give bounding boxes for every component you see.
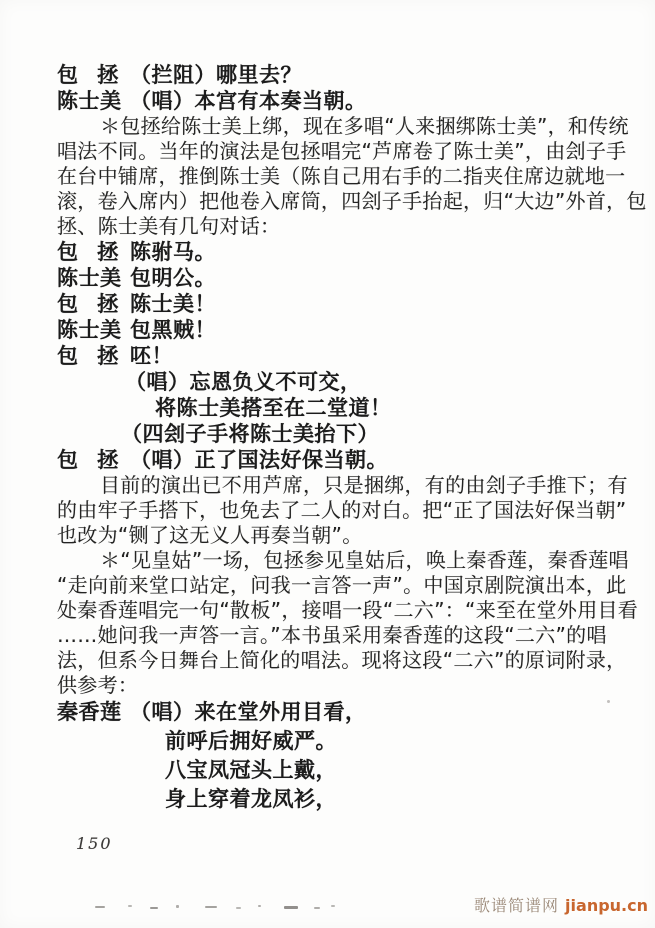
line-text: （唱）正了国法好保当朝。 <box>130 448 388 472</box>
text-line: 前呼后拥好威严。 <box>57 727 621 756</box>
speaker-name: 包 拯 <box>57 239 119 265</box>
page-number: 150 <box>76 834 113 853</box>
text-line: 滚，卷入席内）把他卷入席筒，四刽子手抬起，归“大边”外首，包 <box>57 189 621 214</box>
text-line: 法，但系今日舞台上简化的唱法。现将这段“二六”的原词附录， <box>57 648 621 673</box>
book-page: 包 拯（拦阻）哪里去？陈士美（唱）本宫有本奏当朝。＊包拯给陈士美上绑，现在多唱“… <box>0 0 655 928</box>
text-line: 陈士美包黑贼！ <box>57 317 621 343</box>
text-line: （唱）忘恩负义不可交， <box>57 369 621 395</box>
scan-artifact <box>236 907 241 909</box>
scan-artifact <box>205 906 217 908</box>
speaker-name: 秦香莲 <box>57 698 119 727</box>
line-text: （唱）来在堂外用目看， <box>130 700 367 724</box>
scan-artifact <box>150 907 158 909</box>
text-line: 陈士美包明公。 <box>57 265 621 291</box>
scan-artifact <box>284 906 298 909</box>
scan-artifact <box>314 907 320 909</box>
text-line: 包 拯陈士美！ <box>57 291 621 317</box>
scan-artifact <box>95 906 105 908</box>
text-line: 身上穿着龙凤衫， <box>57 785 621 814</box>
speaker-name: 陈士美 <box>57 265 119 291</box>
scan-artifact <box>331 905 335 907</box>
text-line: 秦香莲（唱）来在堂外用目看， <box>57 698 621 727</box>
text-line: ＊“见皇姑”一场，包拯参见皇姑后，唤上秦香莲，秦香莲唱 <box>57 548 621 573</box>
line-text: （唱）本宫有本奏当朝。 <box>130 89 367 113</box>
speaker-name: 陈士美 <box>57 88 119 114</box>
scan-artifact <box>258 905 261 907</box>
speaker-name: 包 拯 <box>57 291 119 317</box>
speaker-name: 包 拯 <box>57 62 119 88</box>
scan-artifact <box>600 657 603 660</box>
text-line: 处秦香莲唱完一句“散板”，接唱一段“二六”：“来至在堂外用目看 <box>57 598 621 623</box>
scan-artifact <box>128 905 132 907</box>
line-text: 包黑贼！ <box>130 318 216 342</box>
line-text: 陈士美！ <box>130 292 216 316</box>
text-line: 供参考： <box>57 673 621 698</box>
text-line: ＊包拯给陈士美上绑，现在多唱“人来捆绑陈士美”，和传统 <box>57 114 621 139</box>
text-line: （四刽子手将陈士美抬下） <box>57 421 621 447</box>
text-line: ……她问我一声答一言。”本书虽采用秦香莲的这段“二六”的唱 <box>57 623 621 648</box>
text-line: 目前的演出已不用芦席，只是捆绑，有的由刽子手推下；有 <box>57 473 621 498</box>
watermark-site-url: jianpu.cn <box>565 896 648 915</box>
line-text: 呸！ <box>130 344 173 368</box>
text-line: 包 拯（唱）正了国法好保当朝。 <box>57 447 621 473</box>
text-line: 在台中铺席，推倒陈士美（陈自己用右手的二指夹住席边就地一 <box>57 164 621 189</box>
line-text: 包明公。 <box>130 266 216 290</box>
text-line: 的由牢子手搭下，也免去了二人的对白。把“正了国法好保当朝” <box>57 498 621 523</box>
text-line: 陈士美（唱）本宫有本奏当朝。 <box>57 88 621 114</box>
text-line: 拯、陈士美有几句对话： <box>57 214 621 239</box>
text-line: 包 拯（拦阻）哪里去？ <box>57 62 621 88</box>
text-line: 包 拯呸！ <box>57 343 621 369</box>
watermark: 歌谱简谱网 jianpu.cn <box>474 893 648 916</box>
page-content: 包 拯（拦阻）哪里去？陈士美（唱）本宫有本奏当朝。＊包拯给陈士美上绑，现在多唱“… <box>57 62 621 814</box>
scan-artifact <box>176 905 179 908</box>
text-line: “走向前来堂口站定，问我一言答一声”。中国京剧院演出本，此 <box>57 573 621 598</box>
text-line: 包 拯陈驸马。 <box>57 239 621 265</box>
speaker-name: 陈士美 <box>57 317 119 343</box>
text-line: 也改为“铡了这无义人再奏当朝”。 <box>57 523 621 548</box>
speaker-name: 包 拯 <box>57 447 119 473</box>
text-line: 八宝凤冠头上戴， <box>57 756 621 785</box>
line-text: 陈驸马。 <box>130 240 216 264</box>
text-line: 将陈士美搭至在二堂道！ <box>57 395 621 421</box>
watermark-site-name: 歌谱简谱网 <box>474 896 559 915</box>
line-text: （拦阻）哪里去？ <box>130 63 302 87</box>
scan-artifact <box>607 700 610 703</box>
text-line: 唱法不同。当年的演法是包拯唱完“芦席卷了陈士美”，由刽子手 <box>57 139 621 164</box>
speaker-name: 包 拯 <box>57 343 119 369</box>
